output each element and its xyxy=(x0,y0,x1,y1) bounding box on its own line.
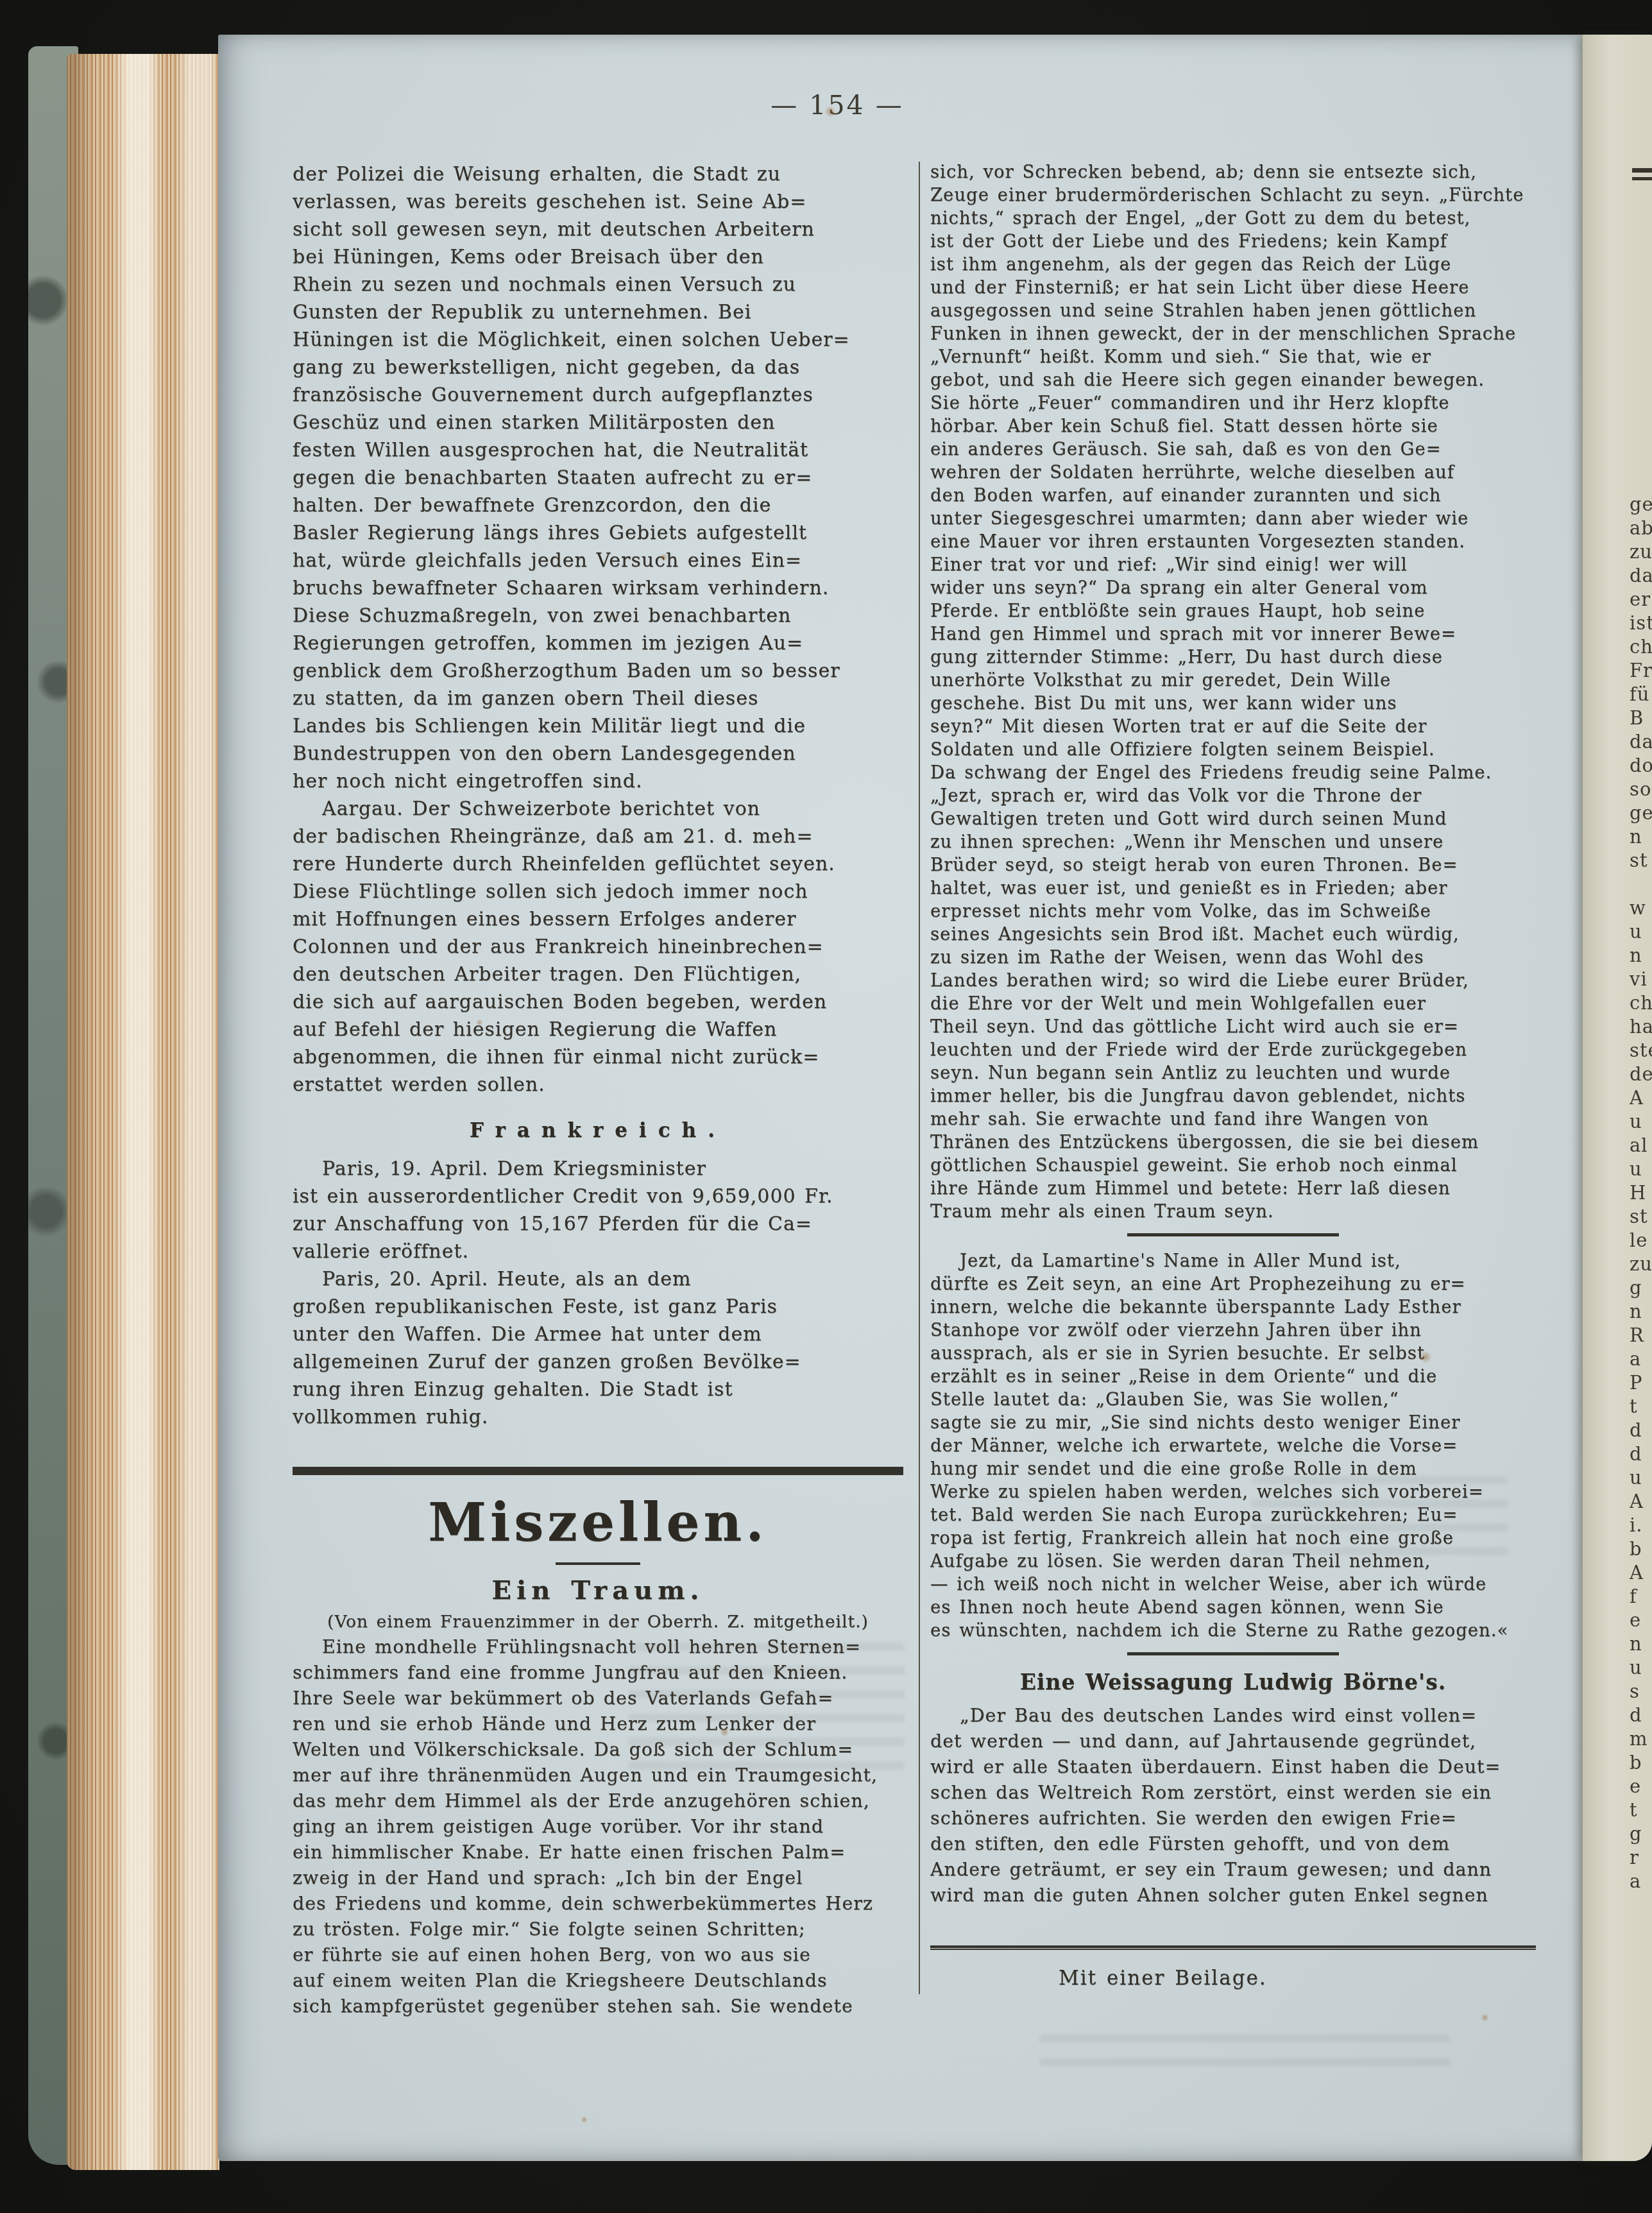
text-line: aussprach, als er sie in Syrien besuchte… xyxy=(930,1342,1536,1365)
cutoff-letter-fragment: de xyxy=(1630,1063,1652,1086)
ink-bleedthrough xyxy=(629,1643,905,1771)
cutoff-letter-fragment: al xyxy=(1630,1134,1652,1158)
paragraph-ein-traum-continued: sich, vor Schrecken bebend, ab; denn sie… xyxy=(930,160,1536,1223)
text-line: großen republikanischen Feste, ist ganz … xyxy=(293,1293,903,1320)
cutoff-letter-fragment: so xyxy=(1630,778,1652,801)
text-line: der Männer, welche ich erwartete, welche… xyxy=(930,1434,1536,1457)
cutoff-letter-fragment: B xyxy=(1630,706,1652,730)
text-line: Bundestruppen von den obern Landesgegend… xyxy=(293,740,903,767)
text-line: seyn?“ Mit diesen Worten trat er auf die… xyxy=(930,715,1536,738)
text-line: schöneres aufrichten. Sie werden den ewi… xyxy=(930,1806,1536,1831)
cutoff-letter-fragment: H xyxy=(1630,1181,1652,1205)
page-number: — 154 — xyxy=(735,90,940,121)
section-heading-frankreich: Frankreich. xyxy=(293,1115,903,1146)
cutoff-letter-fragment: n xyxy=(1630,1632,1652,1656)
text-line: Stelle lautet da: „Glauben Sie, was Sie … xyxy=(930,1388,1536,1411)
text-line: Traum mehr als einen Traum seyn. xyxy=(930,1200,1536,1223)
text-line: Rhein zu sezen und nochmals einen Versuc… xyxy=(293,271,903,298)
text-line: der Polizei die Weisung erhalten, die St… xyxy=(293,160,903,188)
text-line: her noch nicht eingetroffen sind. xyxy=(293,767,903,795)
text-line: zu ihnen sprechen: „Wenn ihr Menschen un… xyxy=(930,830,1536,853)
text-line: mit Hoffnungen eines bessern Erfolges an… xyxy=(293,905,903,933)
paragraph-aargau: Aargau. Der Schweizerbote berichtet vond… xyxy=(293,795,903,1098)
cutoff-letter-fragment: da xyxy=(1630,564,1652,588)
text-line: sicht soll gewesen seyn, mit deutschen A… xyxy=(293,216,903,243)
text-line: Basler Regierung längs ihres Gebiets auf… xyxy=(293,519,903,547)
cutoff-letter-fragment: r xyxy=(1630,1846,1652,1870)
cutoff-letter-fragment xyxy=(1630,873,1652,896)
text-line: det werden — und dann, auf Jahrtausende … xyxy=(930,1729,1536,1754)
text-line: sagte sie zu mir, „Sie sind nichts desto… xyxy=(930,1411,1536,1434)
text-line: die sich auf aargauischen Boden begeben,… xyxy=(293,988,903,1016)
cutoff-letter-fragment: i. xyxy=(1630,1514,1652,1537)
text-line: gebot, und sah die Heere sich gegen eina… xyxy=(930,368,1536,391)
cutoff-letter-fragment: vi xyxy=(1630,968,1652,991)
text-line: Regierungen getroffen, kommen im jezigen… xyxy=(293,629,903,657)
cutoff-letter-fragment: ste xyxy=(1630,1039,1652,1063)
cutoff-letter-fragment: er xyxy=(1630,588,1652,611)
text-line: immer heller, bis die Jungfrau davon geb… xyxy=(930,1084,1536,1107)
separator-rule xyxy=(1127,1233,1339,1236)
paragraph-police-basel: der Polizei die Weisung erhalten, die St… xyxy=(293,160,903,795)
cutoff-letter-fragment: a xyxy=(1630,1870,1652,1893)
text-line: „Der Bau des deutschen Landes wird einst… xyxy=(930,1703,1536,1729)
cutoff-letter-fragment: ge xyxy=(1630,493,1652,517)
text-line: ein anderes Geräusch. Sie sah, daß es vo… xyxy=(930,438,1536,461)
text-line: Landes berathen wird; so wird die Liebe … xyxy=(930,969,1536,992)
cutoff-letter-fragment: P xyxy=(1630,1371,1652,1395)
text-line: Geschüz und einen starken Militärposten … xyxy=(293,409,903,436)
text-line: wider uns seyn?“ Da sprang ein alter Gen… xyxy=(930,576,1536,599)
cutoff-letter-fragment: ist xyxy=(1630,611,1652,635)
section-heading-miszellen: Miszellen. xyxy=(293,1492,903,1553)
text-line: ist ihm angenehm, als der gegen das Reic… xyxy=(930,253,1536,276)
ink-bleedthrough xyxy=(1251,1476,1508,1566)
text-line: Thränen des Entzückens übergossen, die s… xyxy=(930,1131,1536,1154)
text-line: die Ehre vor der Welt und mein Wohlgefal… xyxy=(930,992,1536,1015)
text-line: nichts,“ sprach der Engel, „der Gott zu … xyxy=(930,207,1536,230)
text-line: und der Finsterniß; er hat sein Licht üb… xyxy=(930,276,1536,299)
text-line: auf Befehl der hiesigen Regierung die Wa… xyxy=(293,1016,903,1043)
closing-double-rule xyxy=(930,1945,1536,1950)
text-line: Soldaten und alle Offiziere folgten sein… xyxy=(930,738,1536,761)
text-line: gegen die benachbarten Staaten aufrecht … xyxy=(293,464,903,491)
foxing-stain xyxy=(581,2116,588,2123)
text-line: bei Hüningen, Kems oder Breisach über de… xyxy=(293,243,903,271)
paragraph-paris-20-april: Paris, 20. April. Heute, als an demgroße… xyxy=(293,1265,903,1431)
cutoff-letter-fragment: u xyxy=(1630,1466,1652,1490)
cutoff-letter-fragment: n xyxy=(1630,825,1652,849)
text-line: Funken in ihnen geweckt, der in der mens… xyxy=(930,322,1536,345)
foxing-stain xyxy=(824,106,836,117)
text-line: auf einem weiten Plan die Kriegsheere De… xyxy=(293,1968,903,1994)
cutoff-letter-fragment: le xyxy=(1630,1229,1652,1252)
text-line: wird er alle Staaten überdauern. Einst h… xyxy=(930,1754,1536,1780)
heading-underline-rule xyxy=(556,1562,640,1565)
cutoff-letter-fragment: u xyxy=(1630,1656,1652,1680)
cutoff-letter-fragment: A xyxy=(1630,1086,1652,1110)
paragraph-paris-19-april: Paris, 19. April. Dem Kriegsministerist … xyxy=(293,1155,903,1265)
text-line: — ich weiß noch nicht in welcher Weise, … xyxy=(930,1573,1536,1596)
text-line: wehren der Soldaten herrührte, welche di… xyxy=(930,461,1536,484)
text-line: gung zitternder Stimme: „Herr, Du hast d… xyxy=(930,645,1536,669)
text-line: zu sizen im Rathe der Weisen, wenn das W… xyxy=(930,946,1536,969)
text-line: Gunsten der Republik zu unternehmen. Bei xyxy=(293,298,903,326)
cutoff-letter-fragment: d xyxy=(1630,1419,1652,1442)
cutoff-letter-fragment: ha xyxy=(1630,1015,1652,1039)
ink-bleedthrough xyxy=(1039,2034,1450,2069)
text-line: Da schwang der Engel des Friedens freudi… xyxy=(930,761,1536,784)
cutoff-letter-fragment: do xyxy=(1630,754,1652,778)
text-line: Diese Flüchtlinge sollen sich jedoch imm… xyxy=(293,878,903,905)
text-line: Sie hörte „Feuer“ commandiren und ihr He… xyxy=(930,391,1536,414)
text-line: unerhörte Volksthat zu mir geredet, Dein… xyxy=(930,669,1536,692)
cutoff-letter-fragment: zu xyxy=(1630,1252,1652,1276)
book-scan-scene: geabzudaeristchFrfüBdadosogenstwunvichha… xyxy=(0,0,1652,2213)
text-line: es wünschten, nachdem ich die Sterne zu … xyxy=(930,1619,1536,1642)
text-line: haltet, was euer ist, und genießt es in … xyxy=(930,876,1536,900)
text-line: rere Hunderte durch Rheinfelden geflücht… xyxy=(293,850,903,878)
text-line: bruchs bewaffneter Schaaren wirksam verh… xyxy=(293,574,903,602)
foxing-stain xyxy=(1481,2013,1489,2022)
cutoff-letter-fragment: e xyxy=(1630,1775,1652,1799)
cutoff-letter-fragment: b xyxy=(1630,1751,1652,1775)
text-line: zu trösten. Folge mir.“ Sie folgte seine… xyxy=(293,1917,903,1942)
text-line: den deutschen Arbeiter tragen. Den Flüch… xyxy=(293,961,903,988)
text-line: zweig in der Hand und sprach: „Ich bin d… xyxy=(293,1865,903,1891)
text-line: „Jezt, sprach er, wird das Volk vor die … xyxy=(930,784,1536,807)
next-page-rule-fragment xyxy=(1632,168,1652,180)
cutoff-letter-fragment: ab xyxy=(1630,517,1652,540)
text-line: halten. Der bewaffnete Grenzcordon, den … xyxy=(293,491,903,519)
cutoff-letter-fragment: d xyxy=(1630,1704,1652,1727)
text-line: Hand gen Himmel und sprach mit vor inner… xyxy=(930,622,1536,645)
foxing-stain xyxy=(660,553,668,561)
article-title-ein-traum: Ein Traum. xyxy=(293,1575,903,1606)
cutoff-letter-fragment xyxy=(1630,1893,1652,1917)
text-line: Stanhope vor zwölf oder vierzehn Jahren … xyxy=(930,1319,1536,1342)
cutoff-letter-fragment: m xyxy=(1630,1727,1652,1751)
text-line: allgemeinen Zuruf der ganzen großen Bevö… xyxy=(293,1348,903,1376)
text-line: schen das Weltreich Rom zerstört, einst … xyxy=(930,1780,1536,1806)
text-line: Paris, 19. April. Dem Kriegsminister xyxy=(293,1155,903,1183)
text-line: Einer trat vor und rief: „Wir sind einig… xyxy=(930,553,1536,576)
text-line: zur Anschaffung von 15,167 Pferden für d… xyxy=(293,1210,903,1238)
cutoff-letter-fragment: ch xyxy=(1630,991,1652,1015)
text-line: es Ihnen noch heute Abend sagen können, … xyxy=(930,1596,1536,1619)
cutoff-letter-fragment: A xyxy=(1630,1490,1652,1514)
text-line: französische Gouvernement durch aufgepfl… xyxy=(293,381,903,409)
cutoff-letter-fragment: e xyxy=(1630,1609,1652,1632)
text-line: ging an ihrem geistigen Auge vorüber. Vo… xyxy=(293,1814,903,1840)
cutoff-letter-fragment: n xyxy=(1630,944,1652,968)
cutoff-letter-fragment: b xyxy=(1630,1537,1652,1561)
cutoff-letter-fragment: s xyxy=(1630,1680,1652,1704)
paragraph-lamartine-prophecy: Jezt, da Lamartine's Name in Aller Mund … xyxy=(930,1249,1536,1642)
cutoff-letter-fragment: w xyxy=(1630,896,1652,920)
text-line: hat, würde gleichfalls jeden Versuch ein… xyxy=(293,547,903,574)
text-line: vallerie eröffnet. xyxy=(293,1238,903,1265)
text-line: ausgegossen und seine Strahlen haben jen… xyxy=(930,299,1536,322)
cutoff-letter-fragment: u xyxy=(1630,1158,1652,1181)
supplement-note: Mit einer Beilage. xyxy=(1059,1967,1267,1990)
text-line: des Friedens und komme, dein schwerbeküm… xyxy=(293,1891,903,1917)
cutoff-letter-fragment: fü xyxy=(1630,683,1652,706)
text-line: sich, vor Schrecken bebend, ab; denn sie… xyxy=(930,160,1536,184)
paragraph-boerne-prophecy: „Der Bau des deutschen Landes wird einst… xyxy=(930,1703,1536,1908)
text-line: zu statten, da im ganzen obern Theil die… xyxy=(293,685,903,712)
text-line: geschehe. Bist Du mit uns, wer kann wide… xyxy=(930,692,1536,715)
text-line: hörbar. Aber kein Schuß fiel. Statt dess… xyxy=(930,414,1536,438)
text-line: gang zu bewerkstelligen, nicht gegeben, … xyxy=(293,354,903,381)
cutoff-letter-fragment: n xyxy=(1630,1300,1652,1324)
cutoff-letter-fragment: Fr xyxy=(1630,659,1652,683)
text-line: vollkommen ruhig. xyxy=(293,1403,903,1431)
text-line: mehr sah. Sie erwachte und fand ihre Wan… xyxy=(930,1107,1536,1131)
text-line: sich kampfgerüstet gegenüber stehen sah.… xyxy=(293,1994,903,2019)
article-byline: (Von einem Frauenzimmer in der Oberrh. Z… xyxy=(293,1610,903,1634)
cutoff-letter-fragment: A xyxy=(1630,1561,1652,1585)
article-title-boerne: Eine Weissagung Ludwig Börne's. xyxy=(930,1668,1536,1696)
text-line: eine Mauer vor ihren erstaunten Vorgesez… xyxy=(930,530,1536,553)
text-line: erstattet werden sollen. xyxy=(293,1071,903,1098)
cutoff-letter-fragment: st xyxy=(1630,849,1652,873)
column-right: sich, vor Schrecken bebend, ab; denn sie… xyxy=(930,160,1536,1990)
cutoff-letter-fragment: zu xyxy=(1630,540,1652,564)
text-line: festen Willen ausgesprochen hat, die Neu… xyxy=(293,436,903,464)
text-line: genblick dem Großherzogthum Baden um so … xyxy=(293,657,903,685)
text-line: den Boden warfen, auf einander zurannten… xyxy=(930,484,1536,507)
section-rule-thick xyxy=(293,1467,903,1475)
text-line: rung ihren Einzug gehalten. Die Stadt is… xyxy=(293,1376,903,1403)
text-line: unter den Waffen. Die Armee hat unter de… xyxy=(293,1320,903,1348)
text-line: verlassen, was bereits geschehen ist. Se… xyxy=(293,188,903,216)
text-line: Brüder seyd, so steigt herab von euren T… xyxy=(930,853,1536,876)
separator-rule xyxy=(1127,1652,1339,1655)
text-line: wird man die guten Ahnen solcher guten E… xyxy=(930,1883,1536,1908)
text-line: Gewaltigen treten und Gott wird durch se… xyxy=(930,807,1536,830)
page-stack-fore-edge xyxy=(67,54,219,2170)
foxing-stain xyxy=(720,1727,729,1737)
text-line: ist ein ausserordentlicher Credit von 9,… xyxy=(293,1183,903,1210)
text-line: Paris, 20. April. Heute, als an dem xyxy=(293,1265,903,1293)
text-line: erzählt es in seiner „Reise in dem Orien… xyxy=(930,1365,1536,1388)
cutoff-letter-fragment: t xyxy=(1630,1395,1652,1419)
cutoff-letter-fragment: da xyxy=(1630,730,1652,754)
cutoff-letter-fragment: g xyxy=(1630,1276,1652,1300)
text-line: Landes bis Schliengen kein Militär liegt… xyxy=(293,712,903,740)
text-line: abgenommen, die ihnen für einmal nicht z… xyxy=(293,1043,903,1071)
text-line: ihre Hände zum Himmel und betete: Herr l… xyxy=(930,1177,1536,1200)
text-line: Aargau. Der Schweizerbote berichtet von xyxy=(293,795,903,823)
text-line: dürfte es Zeit seyn, an eine Art Prophez… xyxy=(930,1272,1536,1295)
text-line: seines Angesichts sein Brod ißt. Machet … xyxy=(930,923,1536,946)
text-line: seyn. Nun begann sein Antliz zu leuchten… xyxy=(930,1061,1536,1084)
cutoff-letter-fragment: R xyxy=(1630,1324,1652,1347)
text-line: ein himmlischer Knabe. Er hatte einen fr… xyxy=(293,1840,903,1865)
text-line: unter Siegesgeschrei umarmten; dann aber… xyxy=(930,507,1536,530)
text-line: Pferde. Er entblößte sein graues Haupt, … xyxy=(930,599,1536,622)
text-line: innern, welche die bekannte überspannte … xyxy=(930,1295,1536,1319)
cutoff-letter-fragment: ch xyxy=(1630,635,1652,659)
cutoff-letter-fragment: u xyxy=(1630,1110,1652,1134)
text-line: erpresset nichts mehr vom Volke, das im … xyxy=(930,900,1536,923)
text-line: Diese Schuzmaßregeln, von zwei benachbar… xyxy=(293,602,903,629)
text-line: Zeuge einer brudermörderischen Schlacht … xyxy=(930,184,1536,207)
text-line: „Vernunft“ heißt. Komm und sieh.“ Sie th… xyxy=(930,345,1536,368)
text-line: das mehr dem Himmel als der Erde anzugeh… xyxy=(293,1788,903,1814)
text-line: der badischen Rheingränze, daß am 21. d.… xyxy=(293,823,903,850)
cutoff-letter-fragment: g xyxy=(1630,1822,1652,1846)
cutoff-letter-fragment: st xyxy=(1630,1205,1652,1229)
text-line: den stiften, den edle Fürsten gehofft, u… xyxy=(930,1831,1536,1857)
text-line: Jezt, da Lamartine's Name in Aller Mund … xyxy=(930,1249,1536,1272)
text-line: Colonnen und der aus Frankreich hineinbr… xyxy=(293,933,903,961)
cutoff-letter-fragment: ge xyxy=(1630,801,1652,825)
text-line: er führte sie auf einen hohen Berg, von … xyxy=(293,1942,903,1968)
foxing-stain xyxy=(1419,1351,1432,1363)
cutoff-letter-fragment: t xyxy=(1630,1799,1652,1822)
next-page-text-fragments: geabzudaeristchFrfüBdadosogenstwunvichha… xyxy=(1630,493,1652,1917)
cutoff-letter-fragment: d xyxy=(1630,1442,1652,1466)
text-line: Theil seyn. Und das göttliche Licht wird… xyxy=(930,1015,1536,1038)
text-line: ist der Gott der Liebe und des Friedens;… xyxy=(930,230,1536,253)
foxing-stain xyxy=(476,1019,483,1026)
text-line: Andere geträumt, er sey ein Traum gewese… xyxy=(930,1857,1536,1883)
text-line: göttlichen Schauspiel geweint. Sie erhob… xyxy=(930,1154,1536,1177)
text-line: leuchten und der Friede wird der Erde zu… xyxy=(930,1038,1536,1061)
column-divider-rule xyxy=(919,162,920,1994)
cutoff-letter-fragment: u xyxy=(1630,920,1652,944)
cutoff-letter-fragment: f xyxy=(1630,1585,1652,1609)
cutoff-letter-fragment: a xyxy=(1630,1347,1652,1371)
text-line: Hüningen ist die Möglichkeit, einen solc… xyxy=(293,326,903,354)
